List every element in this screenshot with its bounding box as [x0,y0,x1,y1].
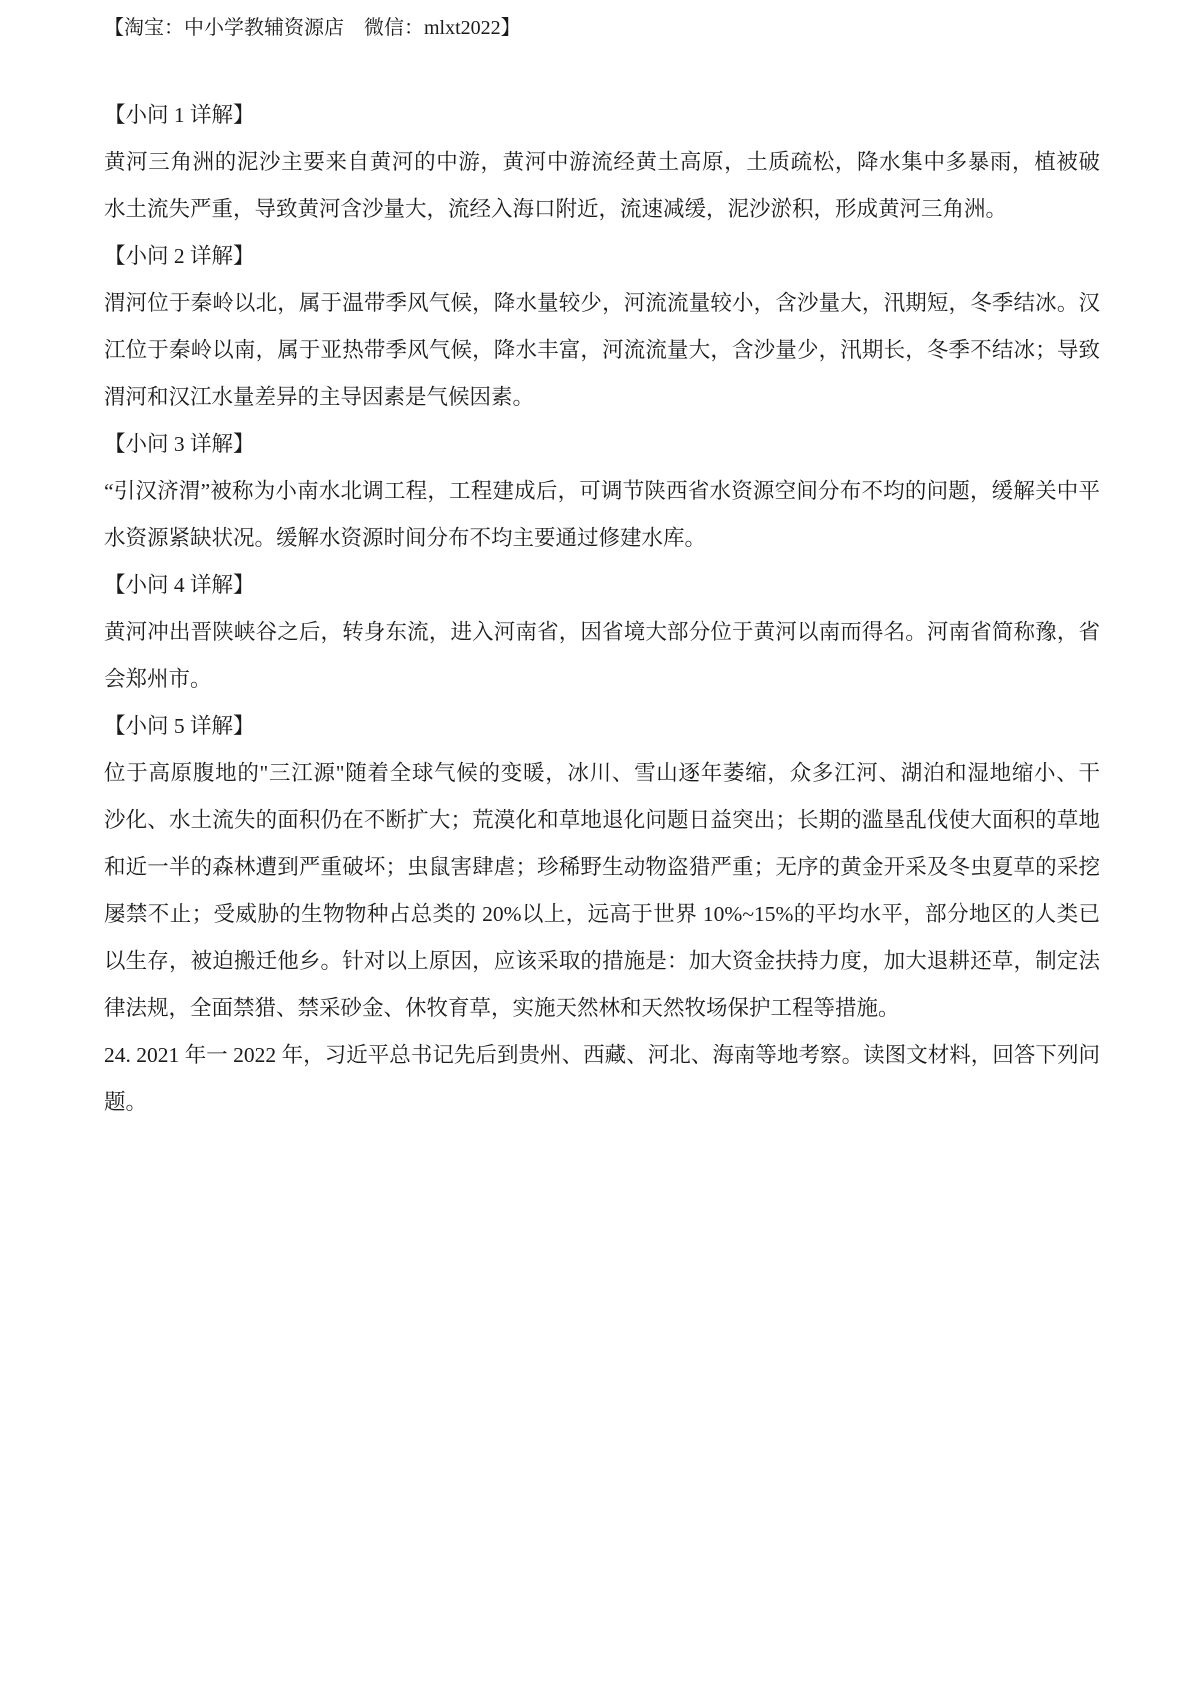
section-2-heading: 【小问 2 详解】 [104,233,1100,280]
section-5-line: 屡禁不止；受威胁的生物物种占总类的 20%以上，远高于世界 10%~15%的平均… [104,891,1100,938]
document-content: 【小问 1 详解】 黄河三角洲的泥沙主要来自黄河的中游，黄河中游流经黄土高原，土… [104,92,1100,1126]
section-5-line: 以生存，被迫搬迁他乡。针对以上原因，应该采取的措施是：加大资金扶持力度，加大退耕… [104,938,1100,985]
question-24-line: 题。 [104,1079,1100,1126]
section-2-line: 江位于秦岭以南，属于亚热带季风气候，降水丰富，河流流量大，含沙量少，汛期长，冬季… [104,327,1100,374]
section-3-line: 水资源紧缺状况。缓解水资源时间分布不均主要通过修建水库。 [104,515,1100,562]
section-5-heading: 【小问 5 详解】 [104,703,1100,750]
section-4-line: 会郑州市。 [104,656,1100,703]
question-24-line: 24. 2021 年一 2022 年，习近平总书记先后到贵州、西藏、河北、海南等… [104,1032,1100,1079]
section-2-line: 渭河位于秦岭以北，属于温带季风气候，降水量较少，河流流量较小，含沙量大，汛期短，… [104,280,1100,327]
section-4-heading: 【小问 4 详解】 [104,562,1100,609]
section-3-line: “引汉济渭”被称为小南水北调工程，工程建成后，可调节陕西省水资源空间分布不均的问… [104,468,1100,515]
section-5-line: 和近一半的森林遭到严重破坏；虫鼠害肆虐；珍稀野生动物盗猎严重；无序的黄金开采及冬… [104,844,1100,891]
section-1-heading: 【小问 1 详解】 [104,92,1100,139]
section-4-line: 黄河冲出晋陕峡谷之后，转身东流，进入河南省，因省境大部分位于黄河以南而得名。河南… [104,609,1100,656]
watermark-header: 【淘宝：中小学教辅资源店 微信：mlxt2022】 [104,14,521,42]
section-5-line: 沙化、水土流失的面积仍在不断扩大；荒漠化和草地退化问题日益突出；长期的滥垦乱伐使… [104,797,1100,844]
section-1-line: 黄河三角洲的泥沙主要来自黄河的中游，黄河中游流经黄土高原，土质疏松，降水集中多暴… [104,139,1100,186]
section-3-heading: 【小问 3 详解】 [104,421,1100,468]
section-2-line: 渭河和汉江水量差异的主导因素是气候因素。 [104,374,1100,421]
section-1-line: 水土流失严重，导致黄河含沙量大，流经入海口附近，流速减缓，泥沙淤积，形成黄河三角… [104,186,1100,233]
document-page: 【淘宝：中小学教辅资源店 微信：mlxt2022】 【小问 1 详解】 黄河三角… [0,0,1200,1698]
section-5-line: 律法规，全面禁猎、禁采砂金、休牧育草，实施天然林和天然牧场保护工程等措施。 [104,985,1100,1032]
section-5-line: 位于高原腹地的"三江源"随着全球气候的变暖，冰川、雪山逐年萎缩，众多江河、湖泊和… [104,750,1100,797]
